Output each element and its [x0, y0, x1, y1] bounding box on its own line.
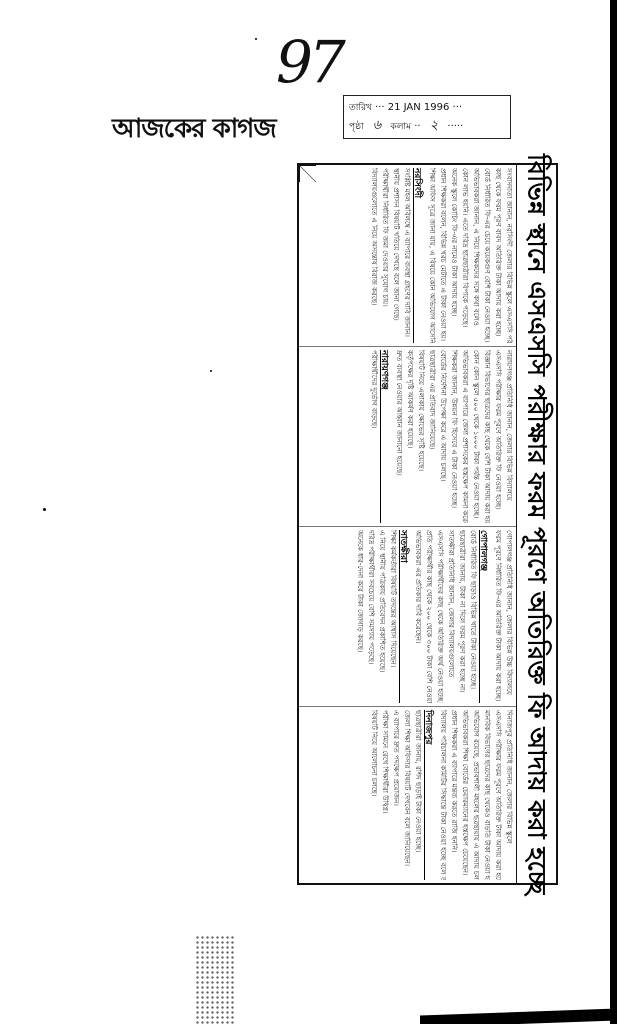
stamp-date-label: তারিখ	[349, 103, 372, 113]
location-subhead: সাতক্ষীরা	[399, 530, 411, 703]
newspaper-masthead: আজকের কাগজ	[112, 108, 276, 152]
text-line: বিষয়টি নিয়ে এলাকায় ক্ষোভের সৃষ্টি হয়…	[416, 350, 425, 523]
text-line: মানবিক বিভাগের ছাত্রদের কাছ থেকেও বাড়তি…	[482, 710, 491, 880]
scan-dust-dot	[255, 38, 257, 40]
headline-strip: বিভিন্ন স্থানে এসএসসি পরীক্ষার ফরম পূরণে…	[516, 165, 556, 883]
text-line: শিক্ষকরা জানান, উন্নয়ন ফি হিসেবে এ টাকা…	[449, 350, 458, 523]
text-line: সাতক্ষীরা প্রতিনিধি জানান, জেলার বিদ্যাল…	[446, 530, 455, 703]
text-line: এসএসসি পরীক্ষার ফরম পূরণে অতিরিক্ত ফি নে…	[493, 350, 502, 523]
scan-noise-speckle	[195, 935, 235, 1024]
text-line: অভিভাবকরা জানান, এ নিয়ে শিক্ষকদের সঙ্গে…	[471, 168, 480, 343]
scan-dust-dot	[210, 370, 212, 372]
text-line: বোর্ড নির্ধারিত ফি-এর চেয়ে কয়েকগুণ বেশ…	[482, 168, 491, 343]
text-line: বিজ্ঞান বিভাগের ছাত্রদের কাছ থেকে বেশি ট…	[482, 350, 491, 523]
text-line: দ্রুত ব্যবস্থা নেওয়ার আহ্বান জানানো হয়…	[394, 350, 403, 523]
location-subhead: নারায়ণগঞ্জ	[380, 350, 392, 523]
text-line: কাছ থেকে ফরম পূরণ বাবদ অতিরিক্ত টাকা আদা…	[493, 168, 502, 343]
text-line: প্রতি পরীক্ষার্থীর কাছ থেকে ২০০ থেকে ৩০০…	[424, 530, 433, 703]
text-line: বিষয়টি নিয়ে আলোচনা চলছে।	[369, 710, 378, 880]
stamp-date-row: তারিখ ··· 21 JAN 1996 ···	[349, 99, 505, 117]
text-line: বিদ্যালয়গুলোতে এ নিয়ে অসন্তোষ বিরাজ কর…	[369, 168, 378, 343]
scan-bottom-smudge	[420, 1009, 617, 1024]
article-column-3: গোপালগঞ্জ প্রতিনিধি জানান, জেলার বিভিন্ন…	[299, 527, 516, 707]
text-line: কর্তৃপক্ষের দৃষ্টি আকর্ষণ করা হয়েছে।	[405, 350, 414, 523]
scan-right-edge-shadow	[610, 0, 617, 1024]
text-line: কোন লাভ হয়নি। এতে দরিদ্র ছাত্রছাত্রীরা …	[460, 168, 469, 343]
text-line: সংবাদদাতা জানান, নরসিংদী জেলার বিভিন্ন স…	[504, 168, 513, 343]
text-line: অনেকে ধার-দেনা করে টাকা জোগাড় করছে।	[355, 530, 364, 703]
text-line: নারায়ণগঞ্জ প্রতিনিধি জানান, জেলার বিভিন…	[504, 350, 513, 523]
location-subhead: গোপালগঞ্জ	[479, 530, 491, 703]
text-line: প্রধান শিক্ষকরা এ ব্যাপারে মন্তব্য করতে …	[449, 710, 458, 880]
text-line: ছাত্রছাত্রীরা জানায়, টাকা না দিলে ফরম প…	[457, 530, 466, 703]
text-line: দরিদ্র পরীক্ষার্থীরা সবচেয়ে বেশি সমস্যা…	[366, 530, 375, 703]
text-line: পরীক্ষার্থীরা নির্ধারিত ফি জমা দেওয়ার স…	[380, 168, 389, 343]
text-line: ফরম পূরণে নির্ধারিত ফি-এর অতিরিক্ত টাকা …	[493, 530, 502, 703]
text-line: এ ব্যাপারে দ্রুত পদক্ষেপ প্রয়োজন।	[391, 710, 400, 880]
stamp-column-label: কলাম	[390, 122, 411, 132]
stamp-column-value: ২	[430, 118, 438, 133]
article-column-4: দিনাজপুর প্রতিনিধি জানান, জেলার বিভিন্ন …	[299, 707, 516, 883]
text-line: বোর্ডের নির্দেশনা উপেক্ষা করে এ আদায় চল…	[438, 350, 447, 523]
article-column-1: সংবাদদাতা জানান, নরসিংদী জেলার বিভিন্ন স…	[299, 165, 516, 347]
text-line: স্থানীয় প্রশাসন বিষয়টি খতিয়ে দেখছে বল…	[391, 168, 400, 343]
newspaper-clipping: সংবাদদাতা জানান, নরসিংদী জেলার বিভিন্ন স…	[297, 163, 558, 885]
text-line: পরীক্ষা সামনে রেখে শিক্ষার্থীরা উদ্বিগ্ন…	[380, 710, 389, 880]
stamp-page-value: ৬	[373, 118, 381, 133]
text-line: এসএসসি পরীক্ষার্থীদের কাছ থেকে অতিরিক্ত …	[435, 530, 444, 703]
text-line: জেলা শিক্ষা অফিসার বিষয়টি দেখবেন বলে জা…	[402, 710, 411, 880]
text-line: দিনাজপুর প্রতিনিধি জানান, জেলার বিভিন্ন …	[504, 710, 513, 880]
text-line: অভিভাবকরা এ ব্যাপারে জেলা প্রশাসকের হস্ত…	[460, 350, 469, 523]
text-line: ছাত্রছাত্রীরা এর প্রতিবাদ জানিয়েছে।	[427, 350, 436, 523]
text-line: প্রধান শিক্ষকরা বলেন, বিভিন্ন খরচ মেটাতে…	[438, 168, 447, 343]
stamp-page-label: পৃষ্ঠা	[349, 122, 364, 132]
text-line: বিদ্যালয় পরিচালনা কমিটির সিদ্ধান্তে টাক…	[438, 710, 447, 880]
location-subhead: দিনাজপুর	[424, 710, 436, 880]
text-line: গোপালগঞ্জ প্রতিনিধি জানান, জেলার বিভিন্ন…	[504, 530, 513, 703]
text-line: এসএসসি পরীক্ষার ফরম পূরণে অতিরিক্ত টাকা …	[493, 710, 502, 880]
article-column-2: নারায়ণগঞ্জ প্রতিনিধি জানান, জেলার বিভিন…	[299, 347, 516, 527]
text-line: কোন কোন স্কুলে ৫০০ থেকে ১০০০ টাকা পর্যন্…	[471, 350, 480, 523]
article-body: সংবাদদাতা জানান, নরসিংদী জেলার বিভিন্ন স…	[299, 165, 516, 883]
scan-dust-dot	[43, 508, 46, 511]
text-line: অনেক স্কুলে কোচিং ফি-এর নামেও টাকা আদায়…	[449, 168, 458, 343]
location-subhead: নরসিংদী	[413, 168, 425, 343]
text-line: এ নিয়ে স্থানীয় পত্রিকায় প্রতিবেদন প্র…	[377, 530, 386, 703]
handwritten-page-number: 97	[276, 28, 342, 96]
text-line: অভিভাবকরা শিক্ষা বোর্ডের চেয়ারম্যানের হ…	[460, 710, 469, 880]
text-line: শিক্ষা অফিস সূত্রে জানা যায়, এ বিষয়ে ক…	[427, 168, 436, 343]
text-line: অভিভাবকরা এর প্রতিকার দাবি করেছেন।	[413, 530, 422, 703]
article-headline: বিভিন্ন স্থানে এসএসসি পরীক্ষার ফরম পূরণে…	[518, 154, 556, 894]
text-line: অভিযোগ রয়েছে, প্রভাবশালী মহলের ছত্রছায়…	[471, 710, 480, 880]
stamp-page-row: পৃষ্ঠা ৬ কলাম ·· ২ ·····	[349, 117, 505, 136]
stamp-date-value: 21 JAN 1996	[388, 102, 450, 113]
date-stamp: তারিখ ··· 21 JAN 1996 ··· পৃষ্ঠা ৬ কলাম …	[343, 95, 511, 139]
